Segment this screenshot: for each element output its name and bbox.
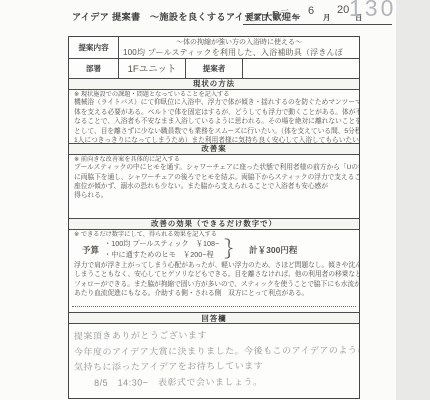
scan-edge-shadow — [396, 0, 430, 400]
year-label: 年 — [292, 12, 299, 23]
budget-total: 計￥300円程 — [249, 244, 297, 256]
date-era-handwritten: R元 — [272, 7, 291, 23]
current-line: 1人につきっきりになってしまうため）また利用者様に気持ち良く安心して入浴してもら… — [74, 136, 354, 144]
current-line: として、目を離さずに少ない職員数でも業務をスムーズに行いたい。（体を支えている間… — [74, 127, 354, 136]
date-label: 提案日 — [246, 12, 268, 23]
improvement-line: に両脇下を通し、シャワーチェアの後ろでヒモを結ぶ。両脇下からスティックの浮力で支… — [74, 173, 354, 182]
current-line: 機械浴（ライトバス）にて仰臥位に入浴中、浮力で体が傾き・揺れするのを防ぐためマン… — [74, 98, 354, 107]
date-day-handwritten: 20 — [337, 4, 349, 16]
form-serial-number: 130 — [349, 0, 396, 22]
improvement-content: ※ 前向きな改善案を具体的に記入する プールスティックの中にヒモを通す。シャワー… — [69, 155, 359, 219]
current-method-content: ※ 現状施設での課題・問題となっていることを記入する 機械浴（ライトバス）にて仰… — [69, 90, 359, 144]
month-label: 月 — [323, 12, 330, 23]
date-underline — [243, 24, 392, 25]
effect-line: フォローができる。また脇が拘縮で固い方が多いので、スティックを使うことで脇下にも… — [74, 280, 354, 289]
current-method-header: 現状の方法 — [69, 79, 359, 90]
effect-line: あたり血流促進にもなる。介助する側・される側 双方にとって利点がある。 — [74, 289, 354, 298]
effect-header: 改善の効果（できるだけ数字で） — [69, 219, 359, 230]
current-line: なることで、入浴者も不安なまま入浴しているように思われる。その場を絶対に離れない… — [74, 117, 354, 126]
proposal-line2: 100均 プールスティックを利用した、入浴補助具（浮きんぼー） — [123, 47, 355, 58]
current-line: 体を支える必要がある。ベルトで体を固定はするが、どうしても浮力で動くことがある。… — [74, 108, 354, 117]
proposer-label: 提案者 — [186, 59, 243, 78]
improvement-line: 得られる。 — [74, 191, 354, 200]
effect-line: しまうこともなく、安心してヒゲソリなどもできる。目を離さなければ、他の利用者の移… — [74, 270, 354, 279]
answer-line: 8/5 14:30− 表彰式で会いましょう。 — [94, 374, 354, 391]
budget-label: 予算 — [82, 244, 99, 256]
form-table: 提案内容 〜体の拘縮が強い方の入浴時に使える〜 100均 プールスティックを利用… — [68, 36, 360, 399]
proposal-line1: 〜体の拘縮が強い方の入浴時に使える〜 — [123, 38, 355, 47]
improvement-line: プールスティックの中にヒモを通す。シャワーチェアに座った状態で利用者様の前方から… — [74, 163, 354, 172]
improvement-note: ※ 前向きな改善案を具体的に記入する — [74, 156, 354, 164]
department-value: 1Fユニット — [119, 59, 186, 78]
effect-line: 浮力で肩が浮き上がってしまう心配があったが、軽い浮力のため、さほど問題なし。傾き… — [74, 261, 354, 270]
improvement-header: 改善案 — [69, 144, 359, 155]
budget-item: ・中に通すためのヒモ ￥200−程 — [104, 250, 219, 261]
budget-item: ・100均 プールスティック ￥108− — [104, 239, 219, 250]
scanned-proposal-form: アイデア 提案書 〜施設を良くするアイデア大歓迎〜 提案日 R元 年 6 月 2… — [0, 0, 430, 400]
budget-brace: ｝ — [224, 240, 244, 260]
answer-content: 提案頂きありがとうございます 今年度のアイデア大賞に決まりました。今後もこのアイ… — [69, 323, 360, 399]
proposal-label: 提案内容 — [69, 37, 119, 58]
proposal-content: 〜体の拘縮が強い方の入浴時に使える〜 100均 プールスティックを利用した、入浴… — [119, 37, 359, 58]
date-month-handwritten: 6 — [308, 5, 314, 17]
budget-items: ・100均 プールスティック ￥108− ・中に通すためのヒモ ￥200−程 — [104, 239, 219, 260]
proposer-value — [243, 59, 359, 78]
department-label: 部署 — [69, 59, 119, 78]
budget-block: 予算 ・100均 プールスティック ￥108− ・中に通すためのヒモ ￥200−… — [82, 239, 354, 260]
effect-content: ※ できるだけ数字にして、得られる効果を記入する 予算 ・100均 プールスティ… — [69, 230, 359, 314]
improvement-line: 座位が傾かず、溺水の恐れも少ない。また脇から支えられることで入浴者も安心感が — [74, 182, 354, 191]
department-row: 部署 1Fユニット 提案者 — [69, 59, 359, 79]
current-method-note: ※ 現状施設での課題・問題となっていることを記入する — [74, 91, 354, 99]
effect-note: ※ できるだけ数字にして、得られる効果を記入する — [74, 231, 354, 239]
separator-dotted-line — [72, 306, 356, 307]
proposal-row: 提案内容 〜体の拘縮が強い方の入浴時に使える〜 100均 プールスティックを利用… — [69, 37, 359, 59]
